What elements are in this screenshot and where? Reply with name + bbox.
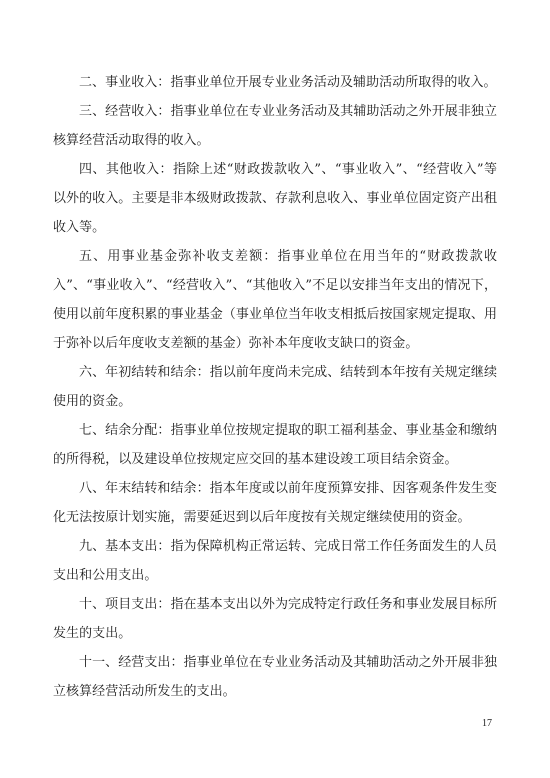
paragraph-fund-offset: 五、用事业基金弥补收支差额：指事业单位在用当年的“财政拨款收入”、“事业收入”、…: [53, 242, 497, 358]
paragraph-basic-expenditure: 九、基本支出：指为保障机构正常运转、完成日常工作任务面发生的人员支出和公用支出。: [53, 532, 497, 590]
paragraph-operating-expenditure: 十一、经营支出：指事业单位在专业业务活动及其辅助活动之外开展非独立核算经营活动所…: [53, 648, 497, 706]
paragraph-business-income: 二、事业收入：指事业单位开展专业业务活动及辅助活动所取得的收入。: [53, 68, 497, 97]
paragraph-opening-balance: 六、年初结转和结余：指以前年度尚未完成、结转到本年按有关规定继续使用的资金。: [53, 358, 497, 416]
document-body: 二、事业收入：指事业单位开展专业业务活动及辅助活动所取得的收入。 三、经营收入：…: [53, 68, 497, 706]
paragraph-other-income: 四、其他收入：指除上述“财政拨款收入”、“事业收入”、“经营收入”等以外的收入。…: [53, 155, 497, 242]
paragraph-operating-income: 三、经营收入：指事业单位在专业业务活动及其辅助活动之外开展非独立核算经营活动取得…: [53, 97, 497, 155]
page-number: 17: [482, 718, 492, 729]
paragraph-closing-balance: 八、年末结转和结余：指本年度或以前年度预算安排、因客观条件发生变化无法按原计划实…: [53, 474, 497, 532]
paragraph-project-expenditure: 十、项目支出：指在基本支出以外为完成特定行政任务和事业发展目标所发生的支出。: [53, 590, 497, 648]
paragraph-surplus-distribution: 七、结余分配：指事业单位按规定提取的职工福利基金、事业基金和缴纳的所得税，以及建…: [53, 416, 497, 474]
